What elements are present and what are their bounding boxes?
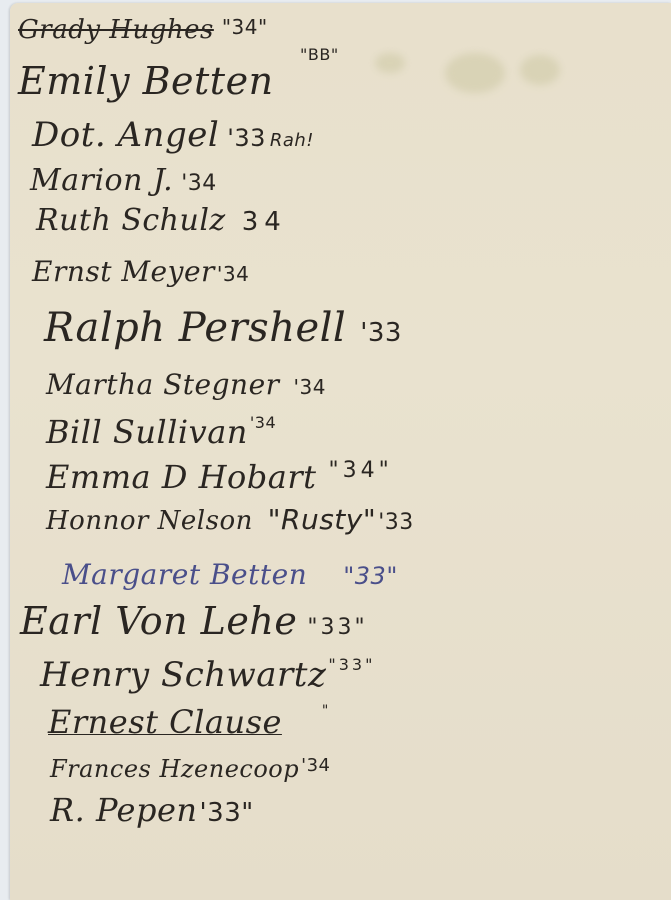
- signature-year: '34: [250, 413, 276, 432]
- signature-name: Emily Betten: [18, 59, 274, 103]
- signature-year: ": [322, 703, 329, 719]
- signature-year: "34": [329, 458, 393, 483]
- signature-nickname: "Rusty": [268, 503, 377, 536]
- autograph-page: Grady Hughes"34" Emily Betten "BB" Dot. …: [10, 3, 671, 900]
- signature-name: Ernst Meyer: [32, 255, 215, 288]
- signature-year: '33: [360, 318, 402, 348]
- signature-grady-hughes: Grady Hughes"34": [18, 15, 268, 45]
- signature-name: Earl Von Lehe: [20, 599, 297, 643]
- signature-year: '34: [217, 262, 249, 286]
- signature-bill-sullivan: Bill Sullivan'34: [46, 413, 276, 451]
- signature-year: '33": [200, 798, 254, 828]
- signature-year: "33": [328, 655, 375, 674]
- signature-r-pepen: R. Pepen'33": [50, 791, 254, 829]
- signature-year: '33: [378, 510, 414, 535]
- signature-ruth-schulz: Ruth Schulz34: [36, 203, 287, 238]
- signature-ernest-clause: Ernest Clause": [48, 703, 329, 741]
- signature-frances-hzenecoop: Frances Hzenecoop'34: [50, 755, 330, 783]
- signature-marion: Marion J.'34: [30, 163, 217, 198]
- signature-name: Honnor Nelson: [46, 506, 253, 536]
- signature-year: "33": [307, 615, 367, 640]
- signature-ernst-meyer: Ernst Meyer'34: [32, 255, 249, 288]
- signature-note: Rah!: [270, 130, 314, 151]
- signature-nickname: "BB": [300, 45, 339, 64]
- signature-dot-angel: Dot. Angel'33Rah!: [32, 115, 314, 155]
- signature-name: Henry Schwartz: [40, 655, 326, 695]
- signature-year: '33: [227, 124, 266, 152]
- signature-name: Martha Stegner: [46, 368, 280, 401]
- signature-name: Frances Hzenecoop: [50, 755, 299, 783]
- signature-name: Grady Hughes: [18, 15, 214, 45]
- signature-earl-von-lehe: Earl Von Lehe"33": [20, 599, 368, 643]
- signature-year: '34: [301, 755, 330, 776]
- signature-name: R. Pepen: [50, 791, 198, 829]
- signature-name: Emma D Hobart: [46, 458, 317, 496]
- signature-martha-stegner: Martha Stegner'34: [46, 368, 326, 401]
- paper-stain: [375, 53, 405, 73]
- signature-emily-betten: Emily Betten: [18, 59, 274, 103]
- signature-year: '34: [181, 171, 217, 196]
- signature-year: '34: [294, 375, 326, 399]
- paper-stain: [520, 55, 560, 85]
- signature-honnor-nelson: Honnor Nelson "Rusty"'33: [46, 503, 414, 536]
- signature-name: Marion J.: [30, 163, 173, 198]
- signature-henry-schwartz: Henry Schwartz"33": [40, 655, 375, 695]
- signature-name: Ruth Schulz: [36, 203, 226, 238]
- signature-emma-hobart: Emma D Hobart"34": [46, 458, 393, 496]
- signature-year: "33": [343, 562, 398, 590]
- signature-name: Dot. Angel: [32, 115, 219, 155]
- signature-name: Ernest Clause: [48, 703, 282, 741]
- signature-margaret-betten: Margaret Betten"33": [62, 558, 398, 591]
- paper-stain: [445, 53, 505, 93]
- signature-name: Bill Sullivan: [46, 413, 248, 451]
- signature-ralph-pershell: Ralph Pershell'33: [44, 305, 402, 351]
- signature-name: Margaret Betten: [62, 558, 307, 591]
- signature-year: 34: [242, 207, 287, 237]
- signature-year: "34": [222, 15, 268, 39]
- signature-name: Ralph Pershell: [44, 305, 346, 351]
